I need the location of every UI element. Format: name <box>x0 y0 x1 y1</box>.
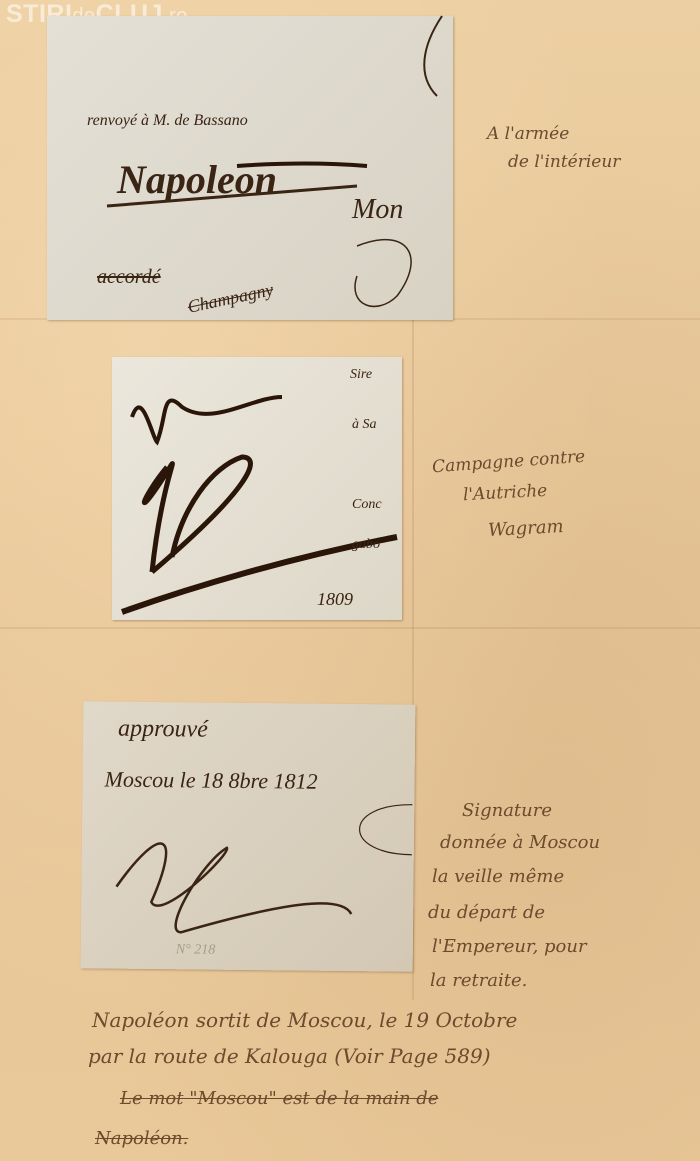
annotation-text: donnée à Moscou <box>440 832 600 853</box>
annotation-text: de l'intérieur <box>508 152 620 172</box>
struck-text: accordé <box>97 266 161 289</box>
annotation-text: du départ de <box>428 902 545 923</box>
faded-text: N° 218 <box>176 942 216 958</box>
date-text: Moscou le 18 8bre 1812 <box>104 766 317 794</box>
document-text: Conc <box>352 497 382 513</box>
document-fragment-1: renvoyé à M. de Bassano Napoleon Mon acc… <box>47 16 453 320</box>
handwritten-note: Mon <box>352 194 403 226</box>
document-text: Sire <box>350 367 372 383</box>
annotation-text: par la route de Kalouga (Voir Page 589) <box>88 1044 491 1068</box>
annotation-text: A l'armée <box>487 124 569 144</box>
struck-text: Napoléon. <box>95 1128 188 1149</box>
annotation-text: la retraite. <box>430 970 527 991</box>
annotation-text: l'Empereur, pour <box>432 936 587 957</box>
annotation-text: Wagram <box>488 516 565 541</box>
signature-strokes <box>112 357 402 620</box>
paper-fold <box>0 627 700 629</box>
date-text: 1809 <box>317 589 353 610</box>
annotation-text: Signature <box>462 800 552 821</box>
document-fragment-2: Sire à Sa Conc gabo 1809 <box>112 357 402 620</box>
signature: Napoleon <box>117 156 277 203</box>
annotation-text: la veille même <box>432 866 564 887</box>
handwritten-note: renvoyé à M. de Bassano <box>87 112 248 130</box>
document-text: à Sa <box>352 417 377 433</box>
document-text: gabo <box>352 537 380 553</box>
struck-text: Le mot "Moscou" est de la main de <box>120 1088 438 1109</box>
annotation-text: Napoléon sortit de Moscou, le 19 Octobre <box>92 1008 517 1032</box>
document-fragment-3: approuvé Moscou le 18 8bre 1812 N° 218 <box>81 701 416 971</box>
handwritten-note: approuvé <box>118 716 208 744</box>
